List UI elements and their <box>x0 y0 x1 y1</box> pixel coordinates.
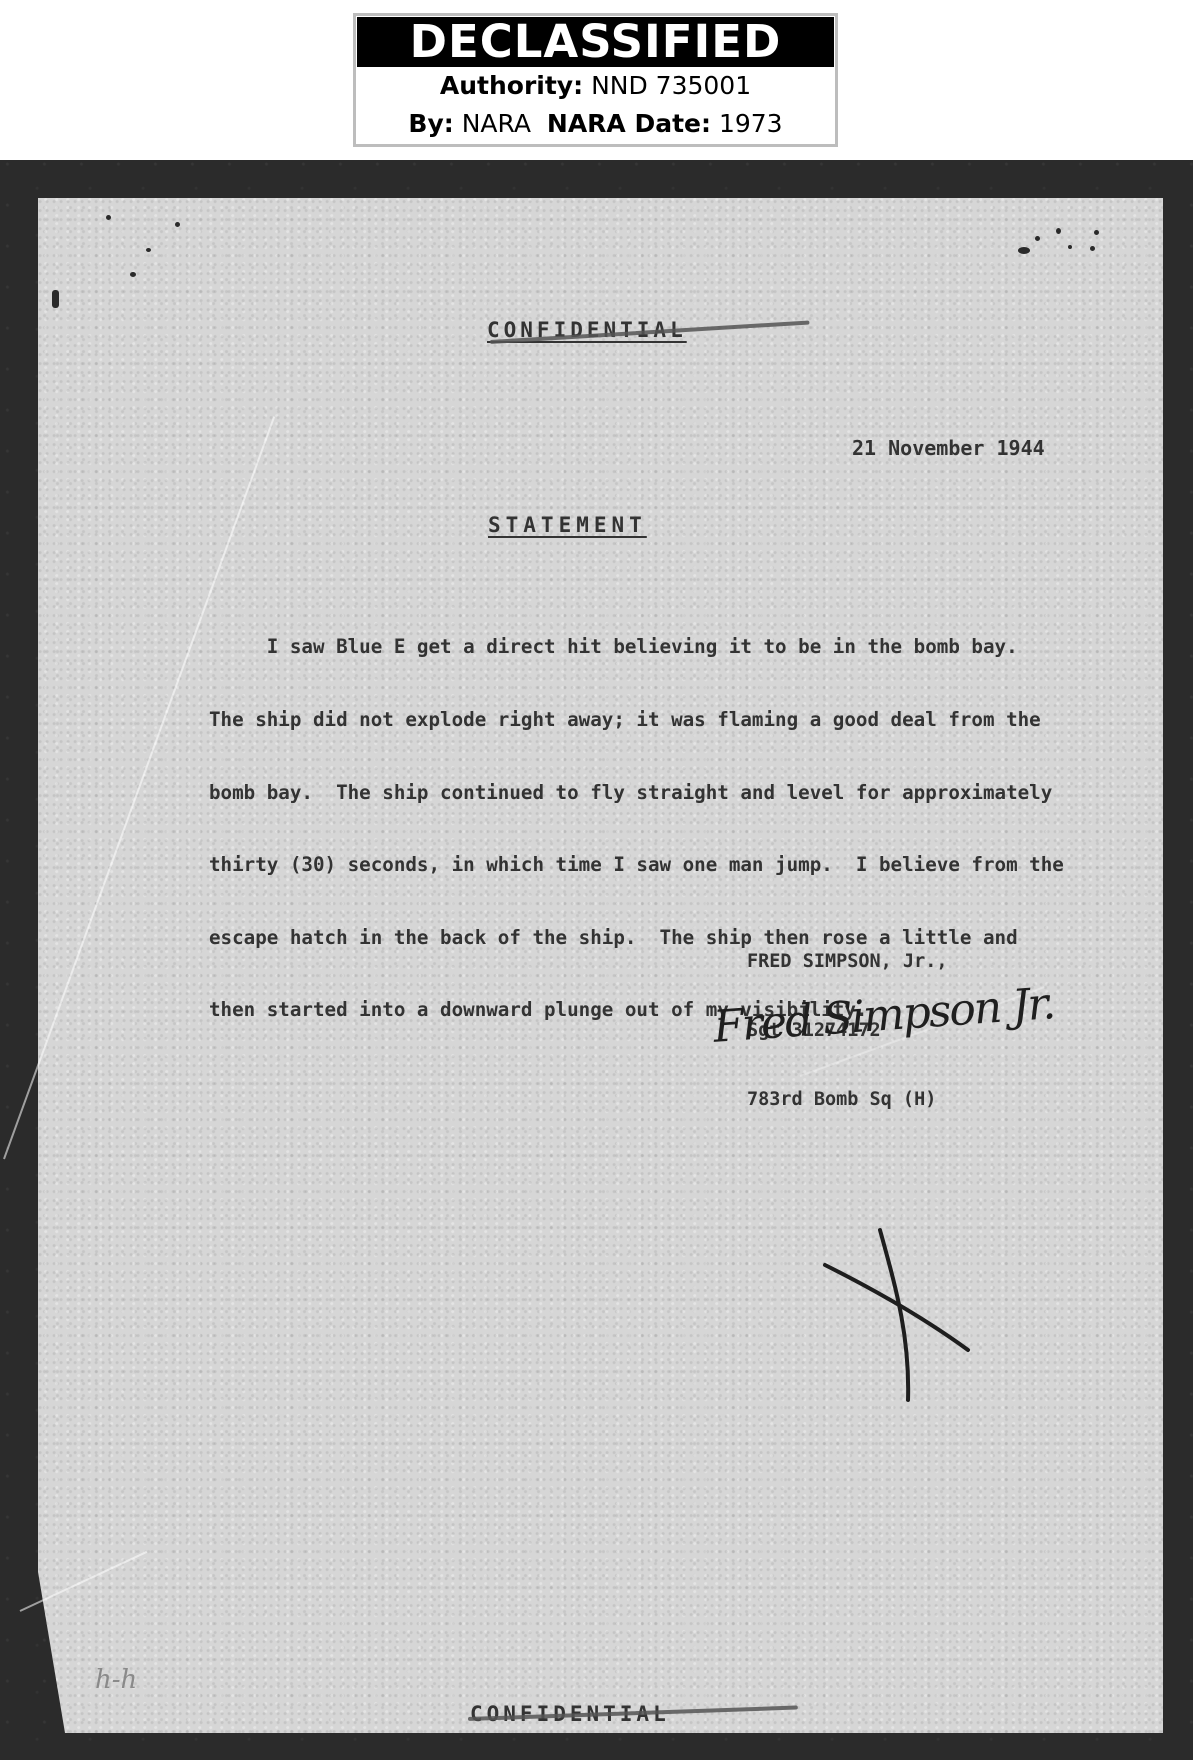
ink-spot <box>130 272 136 277</box>
ink-spot <box>175 222 180 227</box>
document-heading: STATEMENT <box>488 513 647 537</box>
nara-date-label: NARA Date: <box>547 109 711 138</box>
body-line: bomb bay. The ship continued to fly stra… <box>209 781 1064 805</box>
body-line: I saw Blue E get a direct hit believing … <box>209 635 1064 659</box>
ink-spot <box>1035 236 1040 241</box>
ink-spot <box>52 290 59 308</box>
pencil-annotation: h-h <box>95 1665 137 1695</box>
nara-date-value: 1973 <box>719 109 783 138</box>
ink-spot <box>1068 245 1072 249</box>
authority-line: Authority: NND 735001 <box>356 67 835 105</box>
ink-spot <box>106 215 111 220</box>
body-line: thirty (30) seconds, in which time I saw… <box>209 853 1064 877</box>
authority-value: NND 735001 <box>591 71 751 100</box>
declassified-title: DECLASSIFIED <box>357 17 834 67</box>
ink-spot <box>1056 228 1061 234</box>
authority-label: Authority: <box>440 71 583 100</box>
ink-spot <box>1018 247 1030 254</box>
by-label: By: <box>408 109 453 138</box>
document-date: 21 November 1944 <box>852 436 1045 460</box>
handwritten-x-mark <box>820 1225 980 1405</box>
ink-spot <box>146 248 151 252</box>
ink-spot <box>1090 246 1095 251</box>
signer-name: FRED SIMPSON, Jr., <box>747 950 947 973</box>
body-line: The ship did not explode right away; it … <box>209 708 1064 732</box>
by-date-line: By: NARA NARA Date: 1973 <box>356 105 835 143</box>
signer-unit: 783rd Bomb Sq (H) <box>747 1088 947 1111</box>
declassified-stamp: DECLASSIFIED Authority: NND 735001 By: N… <box>353 13 838 147</box>
by-value: NARA <box>462 109 531 138</box>
ink-spot <box>1094 230 1099 235</box>
